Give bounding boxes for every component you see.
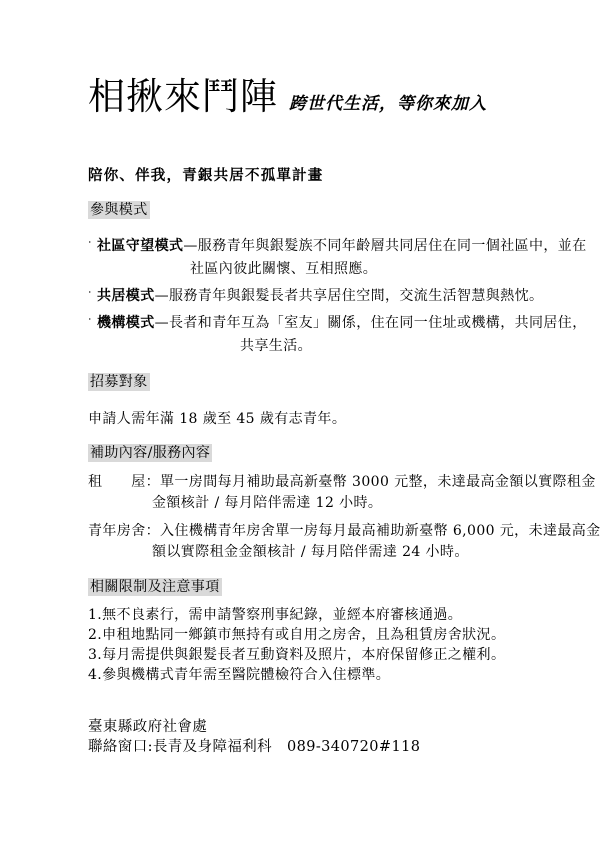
- bullet-term: 機構模式: [97, 315, 155, 331]
- list-item: ‧共居模式—服務青年與銀髮長者共享居住空間，交流生活智慧與熱忱。: [88, 281, 605, 308]
- subsidy-line: 青年房舍：入住機構青年房舍單一房每月最高補助新臺幣 6,000 元，未達最高金: [88, 521, 605, 542]
- bullet-text-continuation: 共享生活。: [240, 335, 605, 358]
- subsidy-term: 青年房舍：: [88, 523, 160, 539]
- bullet-term: 社區守望模式: [97, 238, 183, 254]
- bullet-term: 共居模式: [97, 288, 155, 304]
- list-item: 3.每月需提供與銀髮長者互動資料及照片，本府保留修正之權利。: [88, 645, 605, 665]
- subsidy-text-continuation: 金額核計 / 每月陪伴需達 12 小時。: [152, 493, 605, 514]
- program-heading: 陪你、伴我，青銀共居不孤單計畫: [88, 166, 605, 186]
- section-participation-header: 參與模式: [88, 200, 605, 220]
- footer-contact: 聯絡窗口:長青及身障福利科 089-340720#118: [88, 737, 605, 757]
- section-recruitment-label: 招募對象: [88, 373, 150, 391]
- bullet-icon: ‧: [88, 308, 97, 331]
- title-row: 相揪來鬥陣 跨世代生活，等你來加入: [88, 75, 605, 119]
- section-restrictions-header: 相關限制及注意事項: [88, 577, 605, 597]
- bullet-text-continuation: 社區內彼此關懷、互相照應。: [190, 258, 605, 281]
- footer: 臺東縣政府社會處 聯絡窗口:長青及身障福利科 089-340720#118: [0, 717, 605, 757]
- list-item: ‧社區守望模式—服務青年與銀髮族不同年齡層共同居住在同一個社區中，並在: [88, 231, 605, 258]
- section-subsidy-label: 補助內容/服務內容: [88, 444, 212, 462]
- recruitment-body: 申請人需年滿 18 歲至 45 歲有志青年。: [88, 409, 605, 429]
- subsidy-line: 租 屋：單一房間每月補助最高新臺幣 3000 元整，未達最高金額以實際租金: [88, 472, 605, 493]
- subsidy-item-youth-housing: 青年房舍：入住機構青年房舍單一房每月最高補助新臺幣 6,000 元，未達最高金 …: [0, 521, 605, 563]
- page-subtitle: 跨世代生活，等你來加入: [289, 89, 487, 114]
- subsidy-text: 入住機構青年房舍單一房每月最高補助新臺幣 6,000 元，未達最高金: [160, 523, 601, 539]
- restrictions-list: 1.無不良素行，需申請警察刑事紀錄，並經本府審核通過。 2.申租地點同一鄉鎮市無…: [0, 605, 605, 685]
- footer-organization: 臺東縣政府社會處: [88, 717, 605, 737]
- bullet-icon: ‧: [88, 231, 97, 254]
- subsidy-text-continuation: 額以實際租金金額核計 / 每月陪伴需達 24 小時。: [152, 542, 605, 563]
- section-restrictions-label: 相關限制及注意事項: [88, 578, 222, 596]
- subsidy-item-rent: 租 屋：單一房間每月補助最高新臺幣 3000 元整，未達最高金額以實際租金 金額…: [0, 472, 605, 514]
- list-item: ‧機構模式—長者和青年互為「室友」關係，住在同一住址或機構，共同居住，: [88, 308, 605, 335]
- participation-bullet-list: ‧社區守望模式—服務青年與銀髮族不同年齡層共同居住在同一個社區中，並在 社區內彼…: [0, 231, 605, 358]
- list-item: 1.無不良素行，需申請警察刑事紀錄，並經本府審核通過。: [88, 605, 605, 625]
- subsidy-term: 租 屋：: [88, 474, 160, 490]
- bullet-text: —長者和青年互為「室友」關係，住在同一住址或機構，共同居住，: [155, 315, 587, 331]
- subsidy-text: 單一房間每月補助最高新臺幣 3000 元整，未達最高金額以實際租金: [160, 474, 596, 490]
- page-title: 相揪來鬥陣: [88, 75, 278, 119]
- list-item: 2.申租地點同一鄉鎮市無持有或自用之房舍，且為租賃房舍狀況。: [88, 625, 605, 645]
- list-item: 4.參與機構式青年需至醫院體檢符合入住標準。: [88, 665, 605, 685]
- bullet-icon: ‧: [88, 281, 97, 304]
- section-participation-label: 參與模式: [88, 201, 150, 219]
- section-subsidy-header: 補助內容/服務內容: [88, 443, 605, 463]
- section-recruitment-header: 招募對象: [88, 372, 605, 392]
- bullet-text: —服務青年與銀髮族不同年齡層共同居住在同一個社區中，並在: [183, 238, 586, 254]
- document-page: 相揪來鬥陣 跨世代生活，等你來加入 陪你、伴我，青銀共居不孤單計畫 參與模式 ‧…: [0, 0, 605, 859]
- bullet-text: —服務青年與銀髮長者共享居住空間，交流生活智慧與熱忱。: [155, 288, 544, 304]
